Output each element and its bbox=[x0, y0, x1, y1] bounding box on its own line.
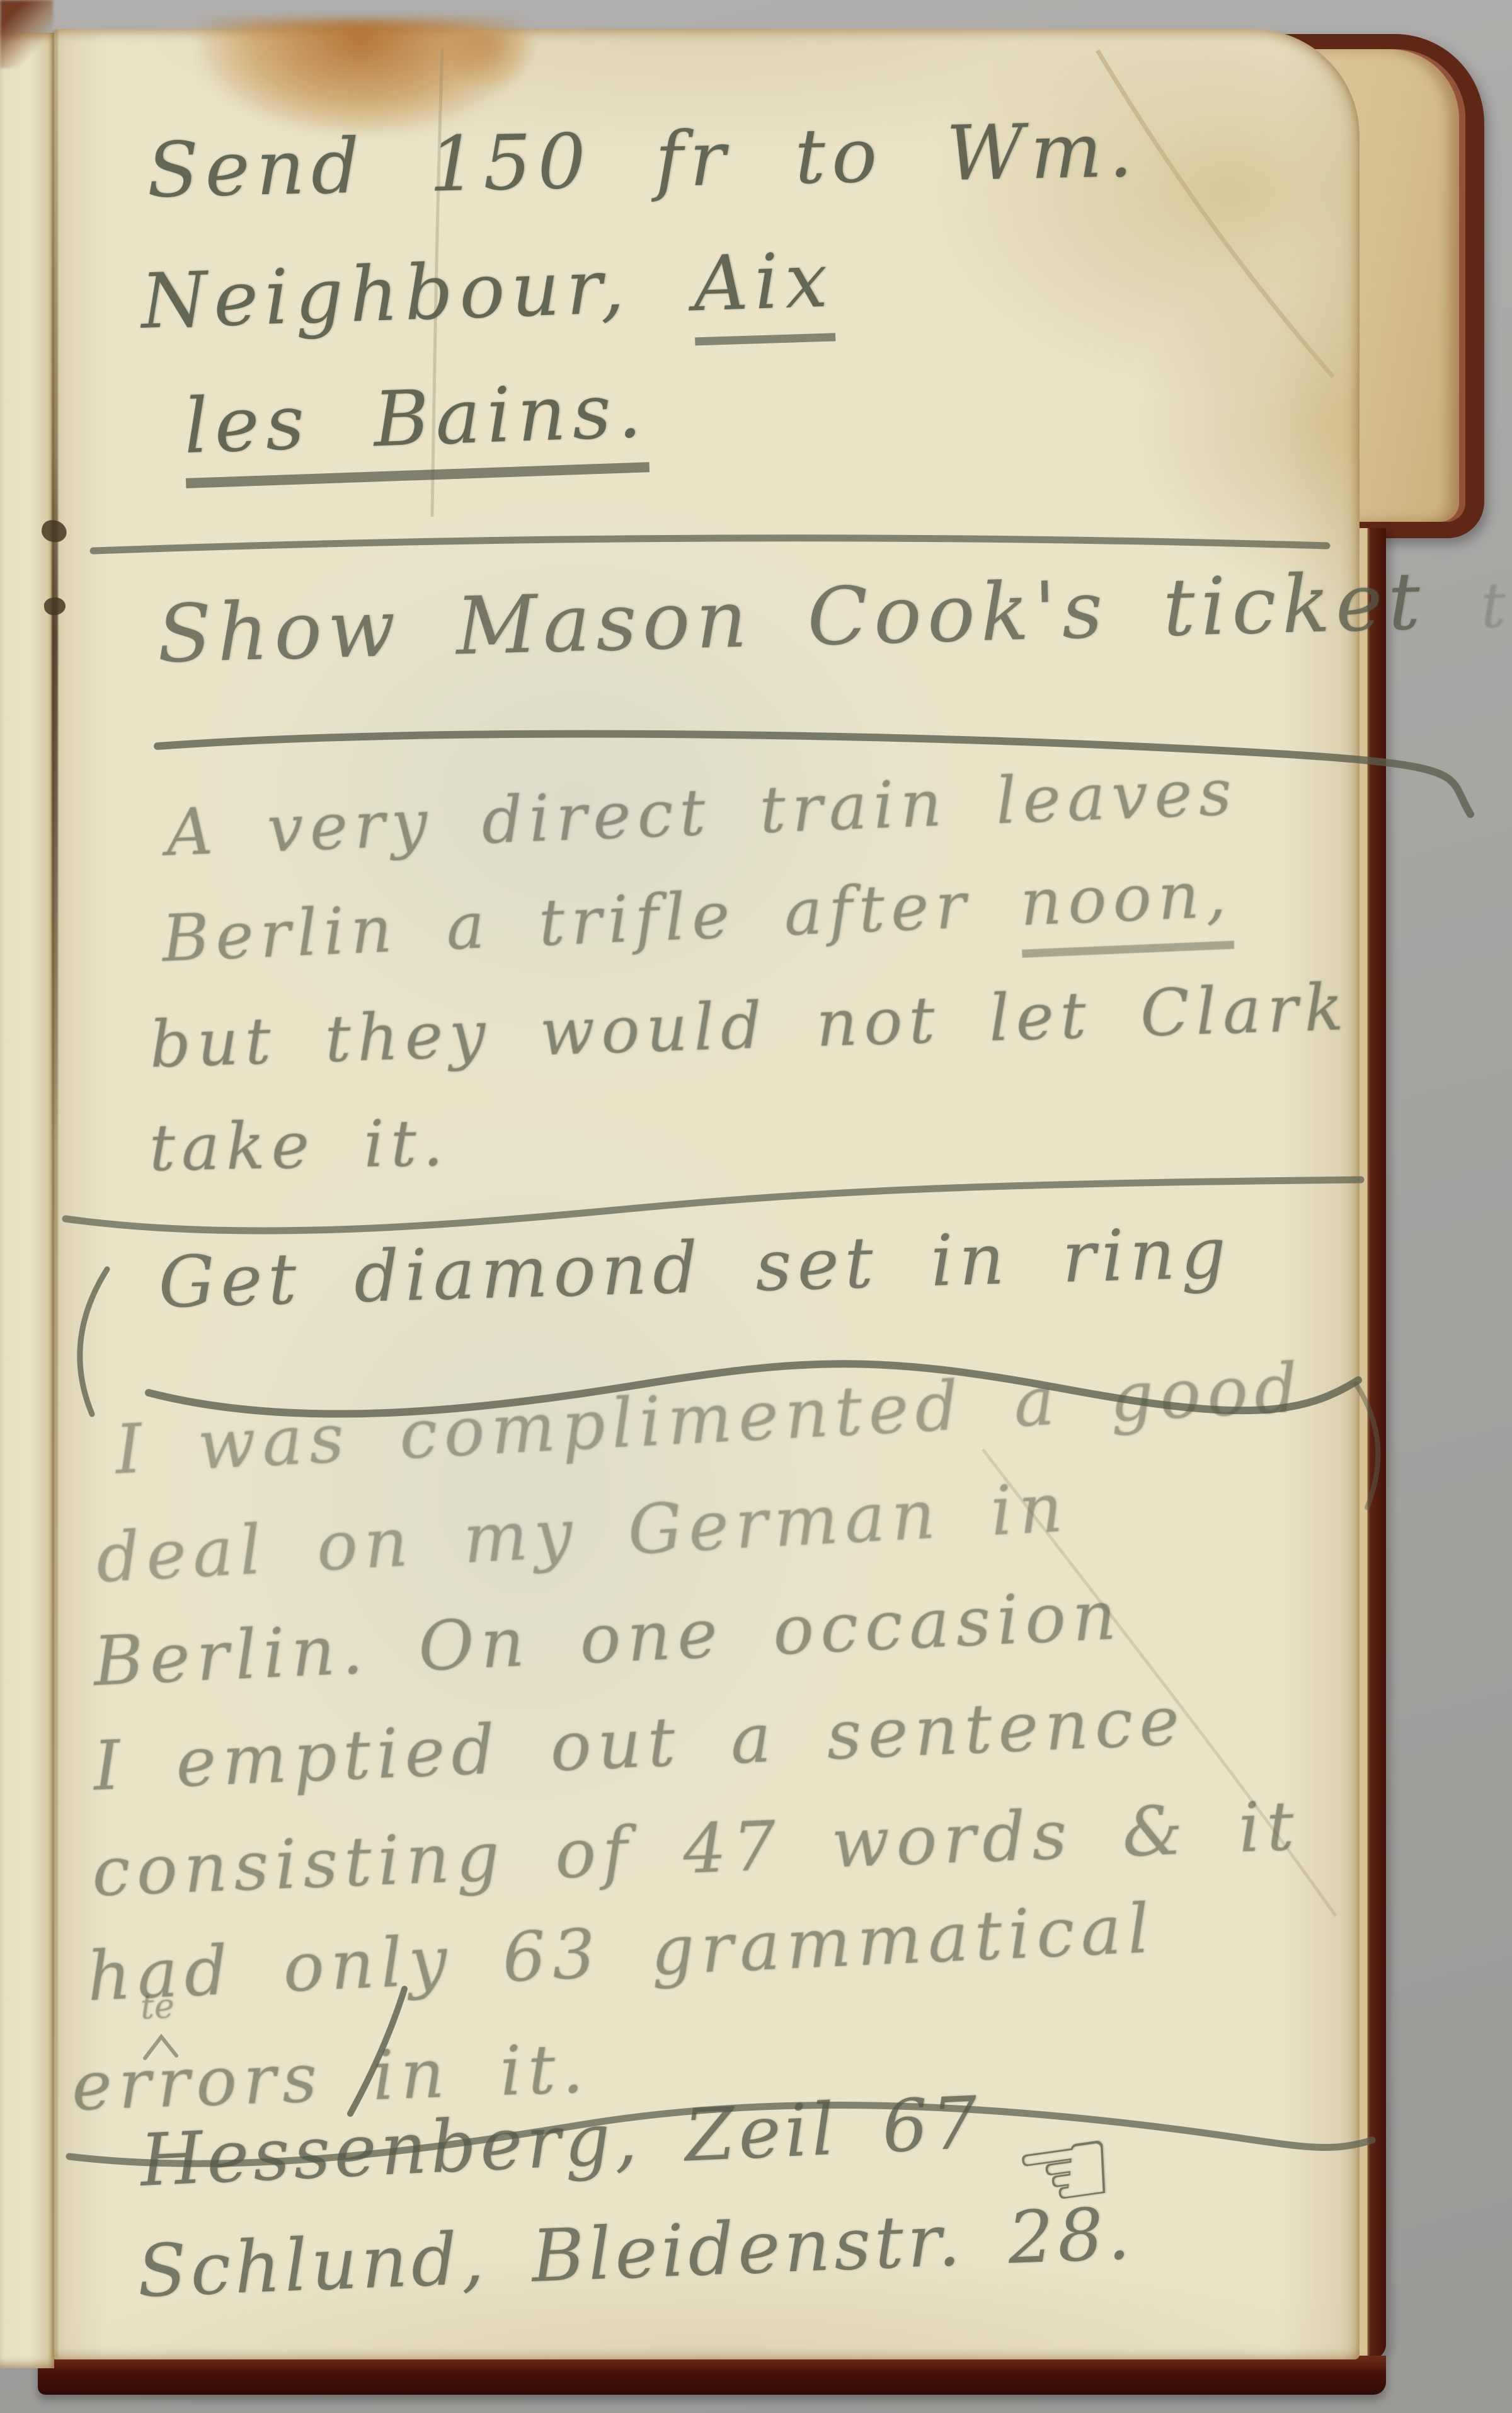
burn-stain-top-small bbox=[441, 33, 535, 89]
notebook-page bbox=[54, 29, 1360, 2359]
hw-les-bains-underlined: les Bains. bbox=[183, 367, 650, 488]
notebook-photo: Send 150 fr to Wm. Neighbour, Aix les Ba… bbox=[0, 0, 1512, 2413]
hw-line-send: Send 150 fr to Wm. bbox=[146, 113, 1140, 209]
hw-insertion-te: te bbox=[140, 1989, 175, 2024]
hw-neighbour-text: Neighbour, bbox=[140, 241, 695, 345]
scorch-mark-top-left bbox=[0, 0, 53, 68]
hw-line-train-4: take it. bbox=[149, 1112, 450, 1181]
hw-aix-underlined: Aix bbox=[692, 236, 836, 345]
left-page-sliver bbox=[0, 33, 54, 2368]
hw-line-neighbour: Neighbour, Aix bbox=[140, 243, 835, 340]
hw-noon-underlined: noon, bbox=[1019, 857, 1234, 958]
hw-heading-mason-faint: to-day bbox=[1480, 564, 1512, 642]
hw-line-les-bains: les Bains. bbox=[183, 373, 649, 465]
leather-edge-bottom bbox=[38, 2356, 1386, 2395]
gutter-crease bbox=[52, 30, 58, 2358]
